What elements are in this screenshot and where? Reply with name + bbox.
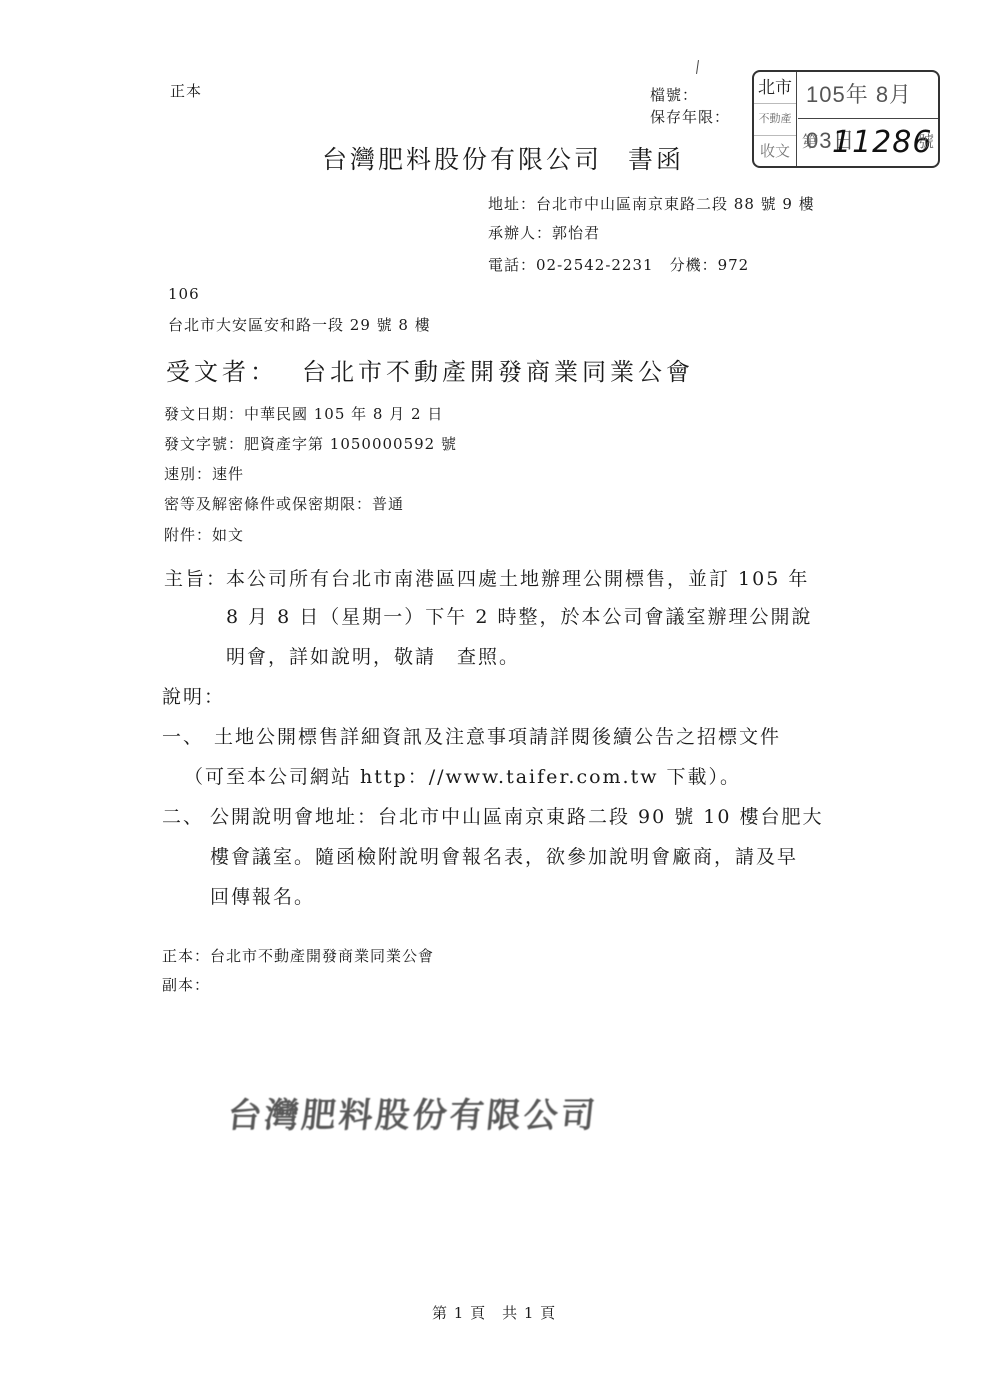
distribution-original: 正本：台北市不動產開發商業同業公會 (162, 945, 434, 966)
subject-line-2: 8 月 8 日（星期一）下午 2 時整，於本公司會議室辦理公開說 (226, 602, 812, 629)
document-type: 書函 (628, 140, 684, 176)
recipient-address: 台北市大安區安和路一段 29 號 8 樓 (168, 314, 431, 335)
subject-line-1: 本公司所有台北市南港區四處土地辦理公開標售，並訂 105 年 (226, 564, 809, 591)
sender-phone: 電話：02-2542-2231 分機：972 (488, 254, 749, 275)
pen-mark (696, 60, 699, 74)
copy-type-label: 正本 (170, 80, 202, 101)
explanation-item-2-marker: 二、 (162, 802, 204, 829)
explanation-item-2-line-3: 回傳報名。 (210, 882, 315, 909)
stamp-org-top: 北市 (754, 72, 796, 103)
file-number-label: 檔號： (650, 84, 698, 105)
subject-label: 主旨： (164, 564, 227, 591)
attachment: 附件：如文 (164, 524, 244, 545)
stamp-number-suffix: 號 (918, 119, 934, 166)
stamp-number-prefix: 第 (802, 119, 818, 166)
explanation-item-1-marker: 一、 (162, 722, 204, 749)
explanation-item-2-line-2: 樓會議室。隨函檢附說明會報名表，欲參加說明會廠商，請及早 (210, 842, 798, 869)
company-seal: 台灣肥料股份有限公司 (225, 1088, 600, 1137)
receipt-stamp: 北市 不動產 收文 105年 8月03日 第 11286 號 (752, 70, 940, 168)
subject-line-3: 明會，詳如說明，敬請 查照。 (226, 642, 520, 669)
retention-period-label: 保存年限： (650, 106, 730, 127)
urgency: 速別：速件 (164, 463, 244, 484)
recipient-postal-code: 106 (168, 285, 200, 303)
stamp-date: 105年 8月03日 (798, 72, 938, 119)
explanation-item-1-line-1: 土地公開標售詳細資訊及注意事項請詳閱後續公告之招標文件 (214, 722, 781, 749)
stamp-org-column: 北市 不動產 收文 (754, 72, 797, 166)
company-name: 台灣肥料股份有限公司 (322, 140, 602, 176)
explanation-label: 說明： (162, 682, 225, 709)
sender-address: 地址：台北市中山區南京東路二段 88 號 9 樓 (488, 193, 815, 214)
classification: 密等及解密條件或保密期限：普通 (164, 493, 404, 514)
issue-date: 發文日期：中華民國 105 年 8 月 2 日 (164, 403, 443, 424)
stamp-org-mid: 不動產 (754, 103, 796, 136)
explanation-item-2-line-1: 公開說明會地址：台北市中山區南京東路二段 90 號 10 樓台肥大 (210, 802, 824, 829)
explanation-item-1-line-2: （可至本公司網站 http：//www.taifer.com.tw 下載）。 (184, 762, 741, 789)
sender-contact: 承辦人：郭怡君 (488, 222, 600, 243)
stamp-org-bottom: 收文 (754, 136, 796, 167)
recipient-name: 台北市不動產開發商業同業公會 (302, 352, 694, 387)
stamp-number-row: 第 11286 號 (798, 119, 938, 166)
document-number: 發文字號：肥資產字第 1050000592 號 (164, 433, 457, 454)
recipient-label: 受文者： (166, 352, 278, 387)
distribution-copy: 副本： (162, 974, 210, 995)
page-number: 第 1 頁 共 1 頁 (432, 1302, 556, 1323)
